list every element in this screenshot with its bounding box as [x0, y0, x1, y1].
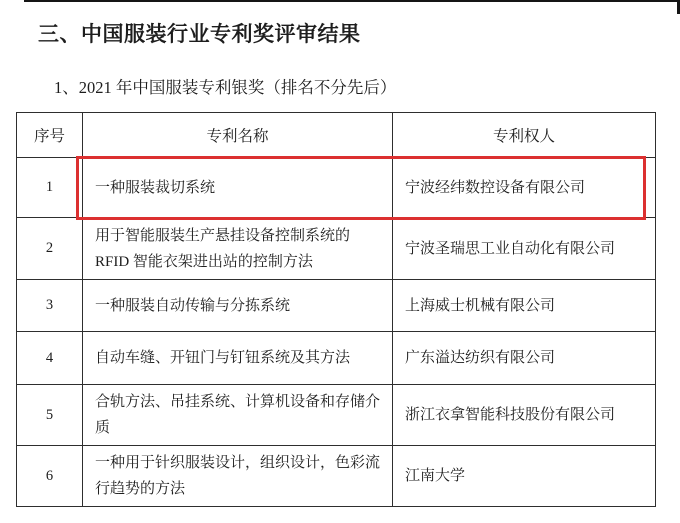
patent-holder-cell: 宁波经纬数控设备有限公司 [393, 158, 656, 218]
patent-holder-cell: 江南大学 [393, 446, 656, 507]
patent-award-table: 序号 专利名称 专利权人 1一种服装裁切系统宁波经纬数控设备有限公司2用于智能服… [16, 112, 656, 507]
patent-name-cell: 自动车缝、开钮门与钉钮系统及其方法 [83, 332, 393, 385]
patent-name-cell: 用于智能服装生产悬挂设备控制系统的 RFID 智能衣架进出站的控制方法 [83, 218, 393, 280]
patent-holder-cell: 浙江衣拿智能科技股份有限公司 [393, 385, 656, 446]
scan-artifact-top-line [24, 0, 680, 2]
column-header-patent-holder: 专利权人 [393, 113, 656, 158]
row-number-cell: 3 [17, 280, 83, 332]
row-number-cell: 6 [17, 446, 83, 507]
patent-holder-cell: 上海威士机械有限公司 [393, 280, 656, 332]
patent-name-cell: 一种服装自动传输与分拣系统 [83, 280, 393, 332]
row-number-cell: 1 [17, 158, 83, 218]
table-body: 1一种服装裁切系统宁波经纬数控设备有限公司2用于智能服装生产悬挂设备控制系统的 … [17, 158, 656, 507]
table-row: 2用于智能服装生产悬挂设备控制系统的 RFID 智能衣架进出站的控制方法宁波圣瑞… [17, 218, 656, 280]
patent-name-cell: 合轨方法、吊挂系统、计算机设备和存储介质 [83, 385, 393, 446]
table-row: 5合轨方法、吊挂系统、计算机设备和存储介质浙江衣拿智能科技股份有限公司 [17, 385, 656, 446]
column-header-patent-name: 专利名称 [83, 113, 393, 158]
row-number-cell: 4 [17, 332, 83, 385]
patent-holder-cell: 广东溢达纺织有限公司 [393, 332, 656, 385]
table-row: 6一种用于针织服装设计，组织设计，色彩流行趋势的方法江南大学 [17, 446, 656, 507]
table-row: 3一种服装自动传输与分拣系统上海威士机械有限公司 [17, 280, 656, 332]
row-number-cell: 2 [17, 218, 83, 280]
section-subtitle: 1、2021 年中国服装专利银奖（排名不分先后） [54, 74, 396, 98]
patent-name-cell: 一种用于针织服装设计，组织设计，色彩流行趋势的方法 [83, 446, 393, 507]
table-header-row: 序号 专利名称 专利权人 [17, 113, 656, 158]
column-header-number: 序号 [17, 113, 83, 158]
table-row: 1一种服装裁切系统宁波经纬数控设备有限公司 [17, 158, 656, 218]
page-title: 三、中国服装行业专利奖评审结果 [38, 18, 361, 48]
patent-holder-cell: 宁波圣瑞思工业自动化有限公司 [393, 218, 656, 280]
row-number-cell: 5 [17, 385, 83, 446]
table-row: 4自动车缝、开钮门与钉钮系统及其方法广东溢达纺织有限公司 [17, 332, 656, 385]
patent-name-cell: 一种服装裁切系统 [83, 158, 393, 218]
